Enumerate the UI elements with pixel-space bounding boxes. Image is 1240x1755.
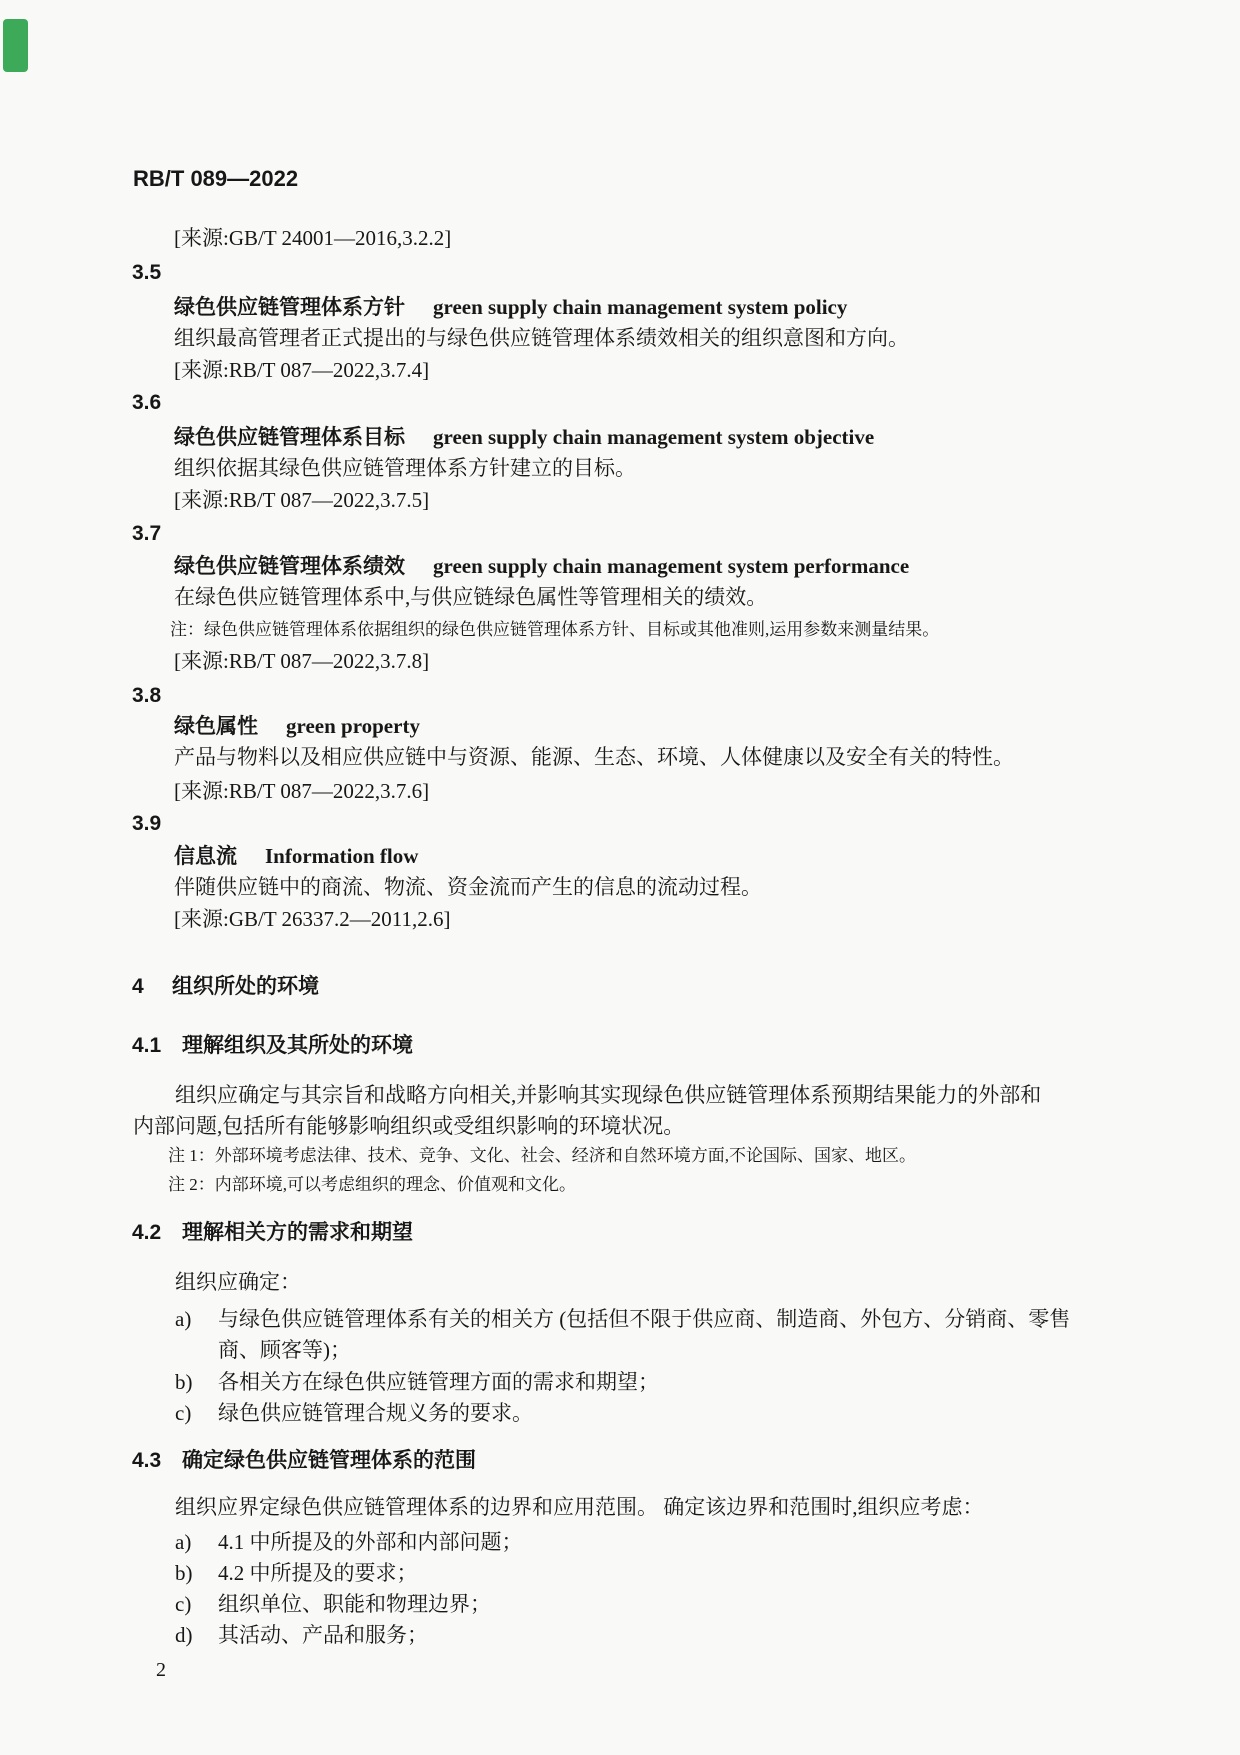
paragraph-line: 内部问题,包括所有能够影响组织或受组织影响的环境状况。	[133, 1111, 1240, 1142]
list-item-b: b) 各相关方在绿色供应链管理方面的需求和期望；	[175, 1367, 1240, 1398]
source-citation-3-9: [来源:GB/T 26337.2—2011,2.6]	[174, 904, 1240, 935]
section-title: 确定绿色供应链管理体系的范围	[182, 1449, 476, 1472]
clause-number-3-8: 3.8	[132, 680, 1240, 711]
list-item-b: b) 4.2 中所提及的要求；	[175, 1558, 1240, 1589]
list-item-label: c)	[175, 1589, 218, 1620]
definition-3-6: 组织依据其绿色供应链管理体系方针建立的目标。	[174, 453, 1240, 484]
definition-3-7: 在绿色供应链管理体系中,与供应链绿色属性等管理相关的绩效。	[174, 582, 1240, 613]
term-en: green supply chain management system obj…	[433, 425, 874, 449]
term-en: green supply chain management system per…	[433, 554, 909, 578]
term-3-7: 绿色供应链管理体系绩效green supply chain management…	[174, 551, 1240, 582]
list-item-a: a) 4.1 中所提及的外部和内部问题；	[175, 1527, 1240, 1558]
section-4-3-heading: 4.3确定绿色供应链管理体系的范围	[132, 1445, 1240, 1476]
section-title: 理解相关方的需求和期望	[182, 1221, 413, 1244]
term-zh: 绿色供应链管理体系绩效	[174, 554, 405, 578]
definition-3-9: 伴随供应链中的商流、物流、资金流而产生的信息的流动过程。	[174, 872, 1240, 903]
note-2-4-1: 注 2：内部环境,可以考虑组织的理念、价值观和文化。	[168, 1172, 1240, 1198]
list-item-text: 4.1 中所提及的外部和内部问题；	[218, 1527, 1240, 1558]
term-3-5: 绿色供应链管理体系方针green supply chain management…	[174, 292, 1240, 323]
term-zh: 绿色供应链管理体系方针	[174, 295, 405, 319]
note-3-7: 注：绿色供应链管理体系依据组织的绿色供应链管理体系方针、目标或其他准则,运用参数…	[170, 617, 1240, 643]
page-number: 2	[156, 1655, 1240, 1686]
section-4-1-heading: 4.1理解组织及其所处的环境	[132, 1030, 1240, 1061]
list-item-c: c) 绿色供应链管理合规义务的要求。	[175, 1398, 1240, 1429]
source-citation-3-5: [来源:RB/T 087—2022,3.7.4]	[174, 355, 1240, 386]
source-citation-3-4: [来源:GB/T 24001—2016,3.2.2]	[174, 223, 1240, 254]
lead-sentence-4-3: 组织应界定绿色供应链管理体系的边界和应用范围。 确定该边界和范围时,组织应考虑：	[133, 1492, 1240, 1523]
source-citation-3-8: [来源:RB/T 087—2022,3.7.6]	[174, 776, 1240, 807]
list-item-text: 组织单位、职能和物理边界；	[218, 1589, 1240, 1620]
term-en: Information flow	[265, 844, 418, 868]
corner-marker	[3, 19, 28, 72]
section-number: 4.2	[132, 1217, 182, 1248]
list-item-label: b)	[175, 1367, 218, 1398]
source-citation-3-6: [来源:RB/T 087—2022,3.7.5]	[174, 485, 1240, 516]
clause-number-3-9: 3.9	[132, 808, 1240, 839]
definition-3-8: 产品与物料以及相应供应链中与资源、能源、生态、环境、人体健康以及安全有关的特性。	[174, 742, 1240, 773]
clause-number-3-6: 3.6	[132, 387, 1240, 418]
clause-number-3-5: 3.5	[132, 257, 1240, 288]
list-item-c: c) 组织单位、职能和物理边界；	[175, 1589, 1240, 1620]
paragraph-4-1: 组织应确定与其宗旨和战略方向相关,并影响其实现绿色供应链管理体系预期结果能力的外…	[133, 1080, 1240, 1142]
chapter-4-heading: 4组织所处的环境	[132, 971, 1240, 1002]
list-item-text: 其活动、产品和服务；	[218, 1620, 1240, 1651]
list-item-d: d) 其活动、产品和服务；	[175, 1620, 1240, 1651]
term-en: green supply chain management system pol…	[433, 295, 847, 319]
term-zh: 绿色供应链管理体系目标	[174, 425, 405, 449]
section-number: 4.1	[132, 1030, 182, 1061]
term-zh: 绿色属性	[174, 714, 258, 738]
clause-number-3-7: 3.7	[132, 518, 1240, 549]
list-item-text: 与绿色供应链管理体系有关的相关方 (包括但不限于供应商、制造商、外包方、分销商、…	[218, 1304, 1240, 1366]
document-page: RB/T 089—2022 [来源:GB/T 24001—2016,3.2.2]…	[0, 0, 1240, 1755]
list-item-line: 商、顾客等)；	[218, 1335, 1240, 1366]
chapter-title: 组织所处的环境	[172, 975, 319, 998]
section-number: 4.3	[132, 1445, 182, 1476]
list-item-a: a) 与绿色供应链管理体系有关的相关方 (包括但不限于供应商、制造商、外包方、分…	[175, 1304, 1240, 1366]
source-citation-3-7: [来源:RB/T 087—2022,3.7.8]	[174, 646, 1240, 677]
list-item-text: 各相关方在绿色供应链管理方面的需求和期望；	[218, 1367, 1240, 1398]
list-item-label: b)	[175, 1558, 218, 1589]
term-3-9: 信息流Information flow	[174, 841, 1240, 872]
term-en: green property	[286, 714, 420, 738]
list-item-label: a)	[175, 1304, 218, 1366]
paragraph-line: 组织应确定与其宗旨和战略方向相关,并影响其实现绿色供应链管理体系预期结果能力的外…	[133, 1080, 1240, 1111]
list-item-label: c)	[175, 1398, 218, 1429]
term-3-8: 绿色属性green property	[174, 711, 1240, 742]
section-title: 理解组织及其所处的环境	[182, 1034, 413, 1057]
list-item-label: d)	[175, 1620, 218, 1651]
definition-3-5: 组织最高管理者正式提出的与绿色供应链管理体系绩效相关的组织意图和方向。	[174, 323, 1240, 354]
term-zh: 信息流	[174, 844, 237, 868]
section-4-2-heading: 4.2理解相关方的需求和期望	[132, 1217, 1240, 1248]
term-3-6: 绿色供应链管理体系目标green supply chain management…	[174, 422, 1240, 453]
list-item-line: 与绿色供应链管理体系有关的相关方 (包括但不限于供应商、制造商、外包方、分销商、…	[218, 1304, 1240, 1335]
lead-sentence-4-2: 组织应确定：	[133, 1267, 1240, 1298]
list-item-label: a)	[175, 1527, 218, 1558]
standard-number-header: RB/T 089—2022	[133, 166, 1240, 192]
list-item-text: 绿色供应链管理合规义务的要求。	[218, 1398, 1240, 1429]
list-item-text: 4.2 中所提及的要求；	[218, 1558, 1240, 1589]
page-content: RB/T 089—2022 [来源:GB/T 24001—2016,3.2.2]…	[0, 0, 1240, 1686]
chapter-number: 4	[132, 971, 172, 1002]
note-1-4-1: 注 1：外部环境考虑法律、技术、竞争、文化、社会、经济和自然环境方面,不论国际、…	[168, 1143, 1240, 1169]
